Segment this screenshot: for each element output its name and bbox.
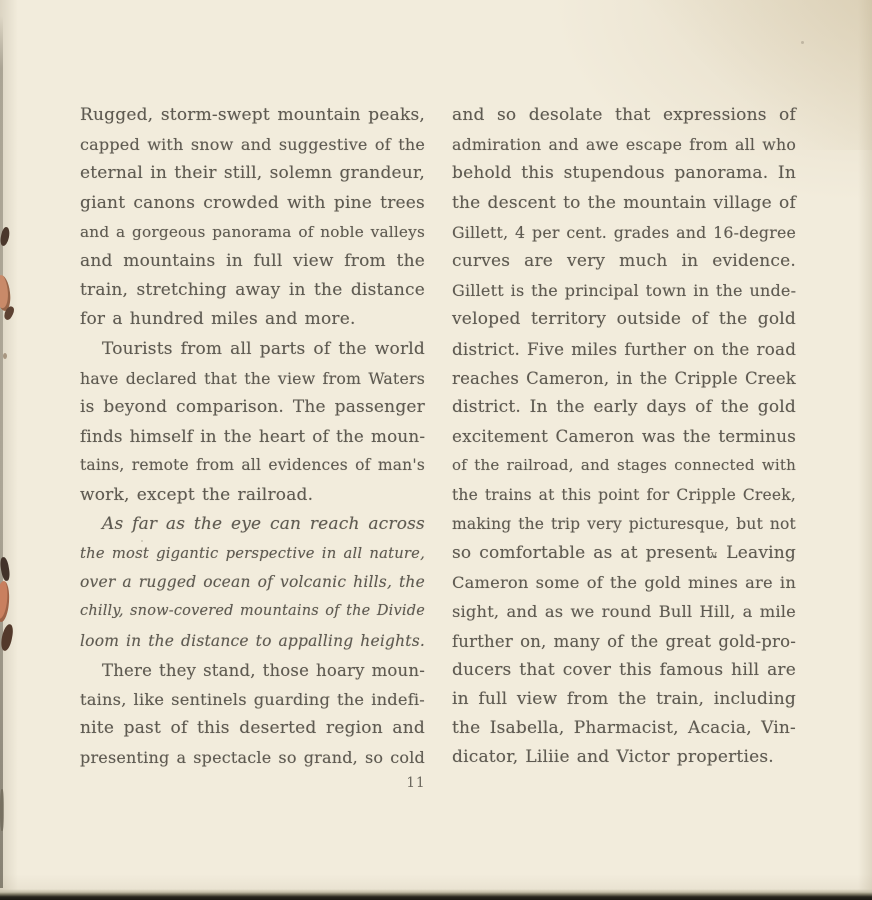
- text-column-left: Rugged, storm-swept mountain peaks,cappe…: [80, 101, 425, 773]
- text-line: Gillett is the principal town in the und…: [452, 276, 796, 305]
- paper-speck: [801, 41, 804, 44]
- page-edge-left: [0, 16, 3, 888]
- text-line: Cameron some of the gold mines are in: [452, 568, 796, 597]
- text-line: district. In the early days of the gold: [452, 393, 796, 422]
- text-line: the trains at this point for Cripple Cre…: [452, 481, 796, 510]
- text-line: capped with snow and suggestive of the: [80, 130, 425, 159]
- text-column-right: and so desolate that expressions ofadmir…: [452, 101, 796, 773]
- binding-mark: [3, 353, 7, 359]
- text-line: finds himself in the heart of the moun-: [80, 422, 425, 451]
- text-line: As far as the eye can reach across: [80, 510, 425, 539]
- paper-speck: [688, 253, 690, 255]
- text-line: excitement Cameron was the terminus: [452, 422, 796, 451]
- text-line: admiration and awe escape from all who: [452, 130, 796, 159]
- text-line: the descent to the mountain village of: [452, 189, 796, 218]
- text-line: nite past of this deserted region and: [80, 714, 425, 743]
- text-line: is beyond comparison. The passenger: [80, 393, 425, 422]
- ink-mark-v: v: [711, 549, 717, 561]
- text-line: in full view from the train, including: [452, 685, 796, 714]
- text-line: over a rugged ocean of volcanic hills, t…: [80, 568, 425, 597]
- text-line: loom in the distance to appalling height…: [80, 627, 425, 656]
- text-line: have declared that the view from Waters: [80, 364, 425, 393]
- text-line: for a hundred miles and more.: [80, 305, 425, 334]
- page-number: 11: [402, 776, 430, 790]
- text-line: presenting a spectacle so grand, so cold: [80, 743, 425, 772]
- binding-mark: [0, 226, 11, 246]
- text-line: the Isabella, Pharmacist, Acacia, Vin-: [452, 714, 796, 743]
- text-line: work, except the railroad.: [80, 481, 425, 510]
- text-line: tains, like sentinels guarding the indef…: [80, 685, 425, 714]
- text-line: district. Five miles further on the road: [452, 335, 796, 364]
- binding-mark: [0, 581, 10, 623]
- text-line: veloped territory outside of the gold: [452, 305, 796, 334]
- text-line: tains, remote from all evidences of man'…: [80, 451, 425, 480]
- text-line: sight, and as we round Bull Hill, a mile: [452, 597, 796, 626]
- text-line: the most gigantic perspective in all nat…: [80, 539, 425, 568]
- page-edge-bottom: [0, 889, 872, 900]
- text-line: giant canons crowded with pine trees: [80, 189, 425, 218]
- paper-speck: [519, 433, 522, 435]
- text-line: and mountains in full view from the: [80, 247, 425, 276]
- book-page: Rugged, storm-swept mountain peaks,cappe…: [0, 0, 872, 900]
- binding-mark: [0, 789, 4, 831]
- text-line: behold this stupendous panorama. In: [452, 159, 796, 188]
- text-line: and so desolate that expressions of: [452, 101, 796, 130]
- text-line: and a gorgeous panorama of noble valleys: [80, 218, 425, 247]
- text-line: curves are very much in evidence.: [452, 247, 796, 276]
- text-line: further on, many of the great gold-pro-: [452, 627, 796, 656]
- text-line: train, stretching away in the distance: [80, 276, 425, 305]
- text-line: making the trip very picturesque, but no…: [452, 510, 796, 539]
- text-line: Rugged, storm-swept mountain peaks,: [80, 101, 425, 130]
- text-line: Gillett, 4 per cent. grades and 16-degre…: [452, 218, 796, 247]
- text-line: ducers that cover this famous hill are: [452, 656, 796, 685]
- text-line: dicator, Liliie and Victor properties.: [452, 743, 796, 772]
- paper-speck: [141, 540, 143, 542]
- text-line: of the railroad, and stages connected wi…: [452, 451, 796, 480]
- text-line: reaches Cameron, in the Cripple Creek: [452, 364, 796, 393]
- text-line: chilly, snow-covered mountains of the Di…: [80, 597, 425, 626]
- text-line: There they stand, those hoary moun-: [80, 656, 425, 685]
- text-line: eternal in their still, solemn grandeur,: [80, 159, 425, 188]
- text-line: Tourists from all parts of the world: [80, 335, 425, 364]
- text-line: so comfortable as at present. Leaving: [452, 539, 796, 568]
